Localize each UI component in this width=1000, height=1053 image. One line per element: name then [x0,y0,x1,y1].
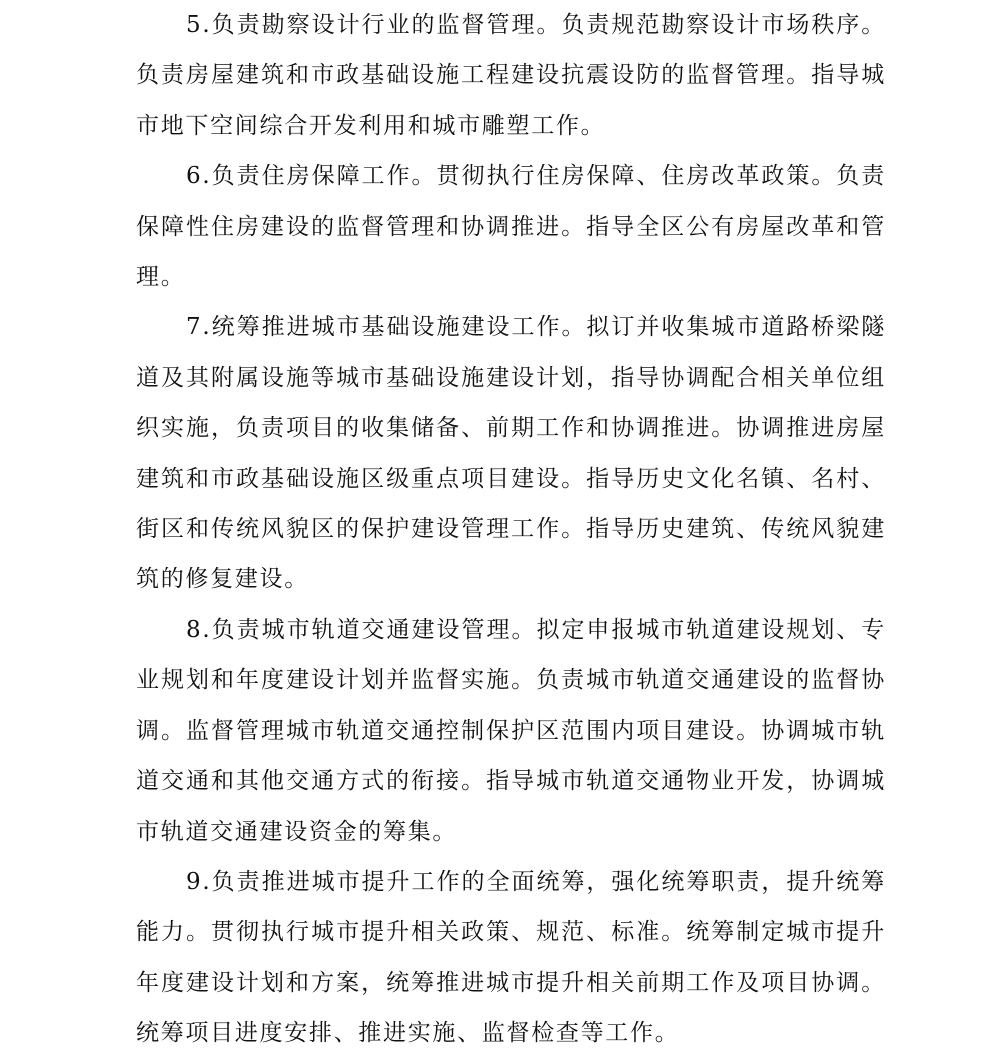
paragraph-7: 7.统筹推进城市基础设施建设工作。拟订并收集城市道路桥梁隧道及其附属设施等城市基… [136,302,886,604]
paragraph-9: 9.负责推进城市提升工作的全面统筹，强化统筹职责，提升统筹能力。贯彻执行城市提升… [136,857,886,1053]
paragraph-8: 8.负责城市轨道交通建设管理。拟定申报城市轨道建设规划、专业规划和年度建设计划并… [136,605,886,857]
paragraph-5: 5.负责勘察设计行业的监督管理。负责规范勘察设计市场秩序。负责房屋建筑和市政基础… [136,0,886,151]
document-page: 5.负责勘察设计行业的监督管理。负责规范勘察设计市场秩序。负责房屋建筑和市政基础… [136,0,886,1053]
paragraph-6: 6.负责住房保障工作。贯彻执行住房保障、住房改革政策。负责保障性住房建设的监督管… [136,151,886,302]
